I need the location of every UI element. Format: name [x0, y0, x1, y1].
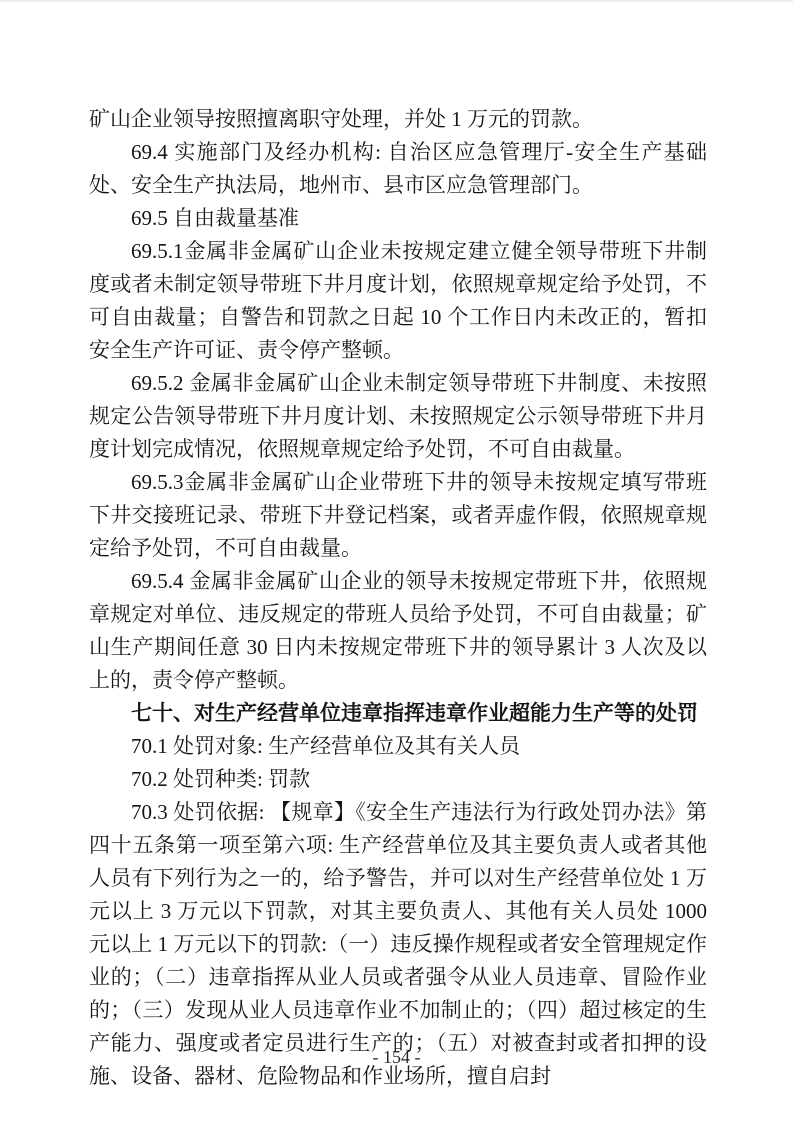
para-69-5-4: 69.5.4 金属非金属矿山企业的领导未按规定带班下井，依照规章规定对单位、违反…	[89, 565, 707, 697]
document-body: 矿山企业领导按照擅离职守处理，并处 1 万元的罚款。 69.4 实施部门及经办机…	[89, 103, 707, 1093]
para-69-5-3: 69.5.3金属非金属矿山企业带班下井的领导未按规定填写带班下井交接班记录、带班…	[89, 466, 707, 565]
para-69-5-1: 69.5.1金属非金属矿山企业未按规定建立健全领导带班下井制度或者未制定领导带班…	[89, 235, 707, 367]
para-69-5: 69.5 自由裁量基准	[89, 202, 707, 235]
para-70-2: 70.2 处罚种类: 罚款	[89, 763, 707, 796]
para-69-4: 69.4 实施部门及经办机构: 自治区应急管理厅-安全生产基础处、安全生产执法局…	[89, 136, 707, 202]
para-69-3-continuation: 矿山企业领导按照擅离职守处理，并处 1 万元的罚款。	[89, 103, 707, 136]
para-70-1: 70.1 处罚对象: 生产经营单位及其有关人员	[89, 730, 707, 763]
document-page: 矿山企业领导按照擅离职守处理，并处 1 万元的罚款。 69.4 实施部门及经办机…	[0, 0, 793, 1122]
para-69-5-2: 69.5.2 金属非金属矿山企业未制定领导带班下井制度、未按照规定公告领导带班下…	[89, 367, 707, 466]
page-number: - 154 -	[0, 1044, 793, 1070]
section-heading-70: 七十、对生产经营单位违章指挥违章作业超能力生产等的处罚	[89, 697, 707, 730]
